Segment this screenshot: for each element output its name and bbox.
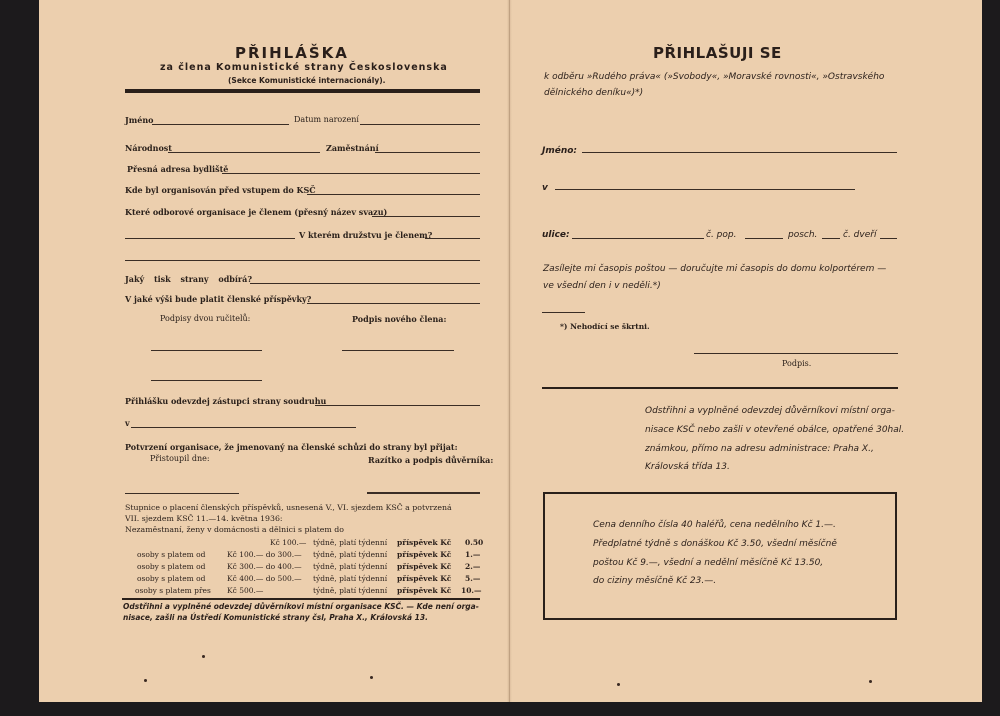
right-jmeno-label: Jméno: [542,146,577,156]
price-box [543,492,897,620]
field-tisk-input[interactable] [250,283,480,284]
field-druzstvo-label: V kterém družstvu je členem? [299,230,432,240]
price-line-3: poštou Kč 9.—, všední a nedělní měsíčně … [593,558,823,568]
podpis-clena-signature[interactable] [342,350,454,351]
right-intro2: dělnického deníku«)*) [544,88,643,98]
left-title: PŘIHLÁŠKA [235,44,349,62]
right-v-label: v [542,183,548,193]
price-line-2: Předplatné týdně s donáškou Kč 3.50, vše… [593,539,837,549]
field-tisk-label: Jaký tisk strany odbírá? [125,274,252,284]
right-podpis-input[interactable] [694,353,898,354]
dues-intro1: Stupnice o placení členských příspěvků, … [125,503,452,512]
right-instructions-1: Odstřihni a vyplněné odevzdej důvěrníkov… [645,406,895,416]
field-narodnost-input[interactable] [168,152,320,153]
dues-intro3: Nezaměstnaní, ženy v domácnosti a dělnic… [125,525,344,534]
field-jmeno-input[interactable] [152,124,289,125]
field-narodnost-label: Národnost [125,143,172,153]
right-v-input[interactable] [555,189,855,190]
pristoupil-input[interactable] [125,493,239,494]
field-datum-input[interactable] [360,124,480,125]
right-posch-label: posch. [788,230,817,240]
right-intro1: k odběru »Rudého práva« (»Svobody«, »Mor… [544,72,884,82]
field-adresa-label: Přesná adresa bydliště [127,164,228,174]
left-subtitle: za člena Komunistické strany Českosloven… [160,62,448,73]
rucitel1-signature[interactable] [151,350,262,351]
punch-hole [370,676,373,679]
field-kde-input[interactable] [307,194,480,195]
field-odborove-cont[interactable] [125,238,295,239]
right-divider [542,387,898,389]
left-subtitle2: (Sekce Komunistické internacionály). [228,76,385,85]
right-cdveri-input[interactable] [880,238,897,239]
header-rule [125,89,480,93]
price-line-4: do ciziny měsíčně Kč 23.—. [593,576,716,586]
dues-intro2: VII. sjezdem KSČ 11.—14. května 1936: [125,514,283,523]
punch-hole [202,655,205,658]
right-footnote: *) Nehodící se škrtni. [560,322,650,331]
footer-rule [122,598,480,600]
right-instructions-2: nisace KSČ nebo zašli v otevřené obálce,… [645,425,904,435]
fold-line [509,0,510,702]
field-vyse-label: V jaké výši bude platit členské příspěvk… [125,294,311,304]
pristoupil-label: Přistoupil dne: [150,454,210,463]
right-ulice-label: ulice: [542,230,570,240]
field-druzstvo-cont[interactable] [125,260,480,261]
right-podpis-label: Podpis. [782,359,811,368]
field-zamestnani-label: Zaměstnání [326,143,379,153]
odevzdej-label: Přihlášku odevzdej zástupci strany soudr… [125,396,326,406]
rucitel2-signature[interactable] [151,380,262,381]
right-cdveri-label: č. dveří [843,230,876,240]
rucitele-label: Podpisy dvou ručitelů: [160,314,250,323]
right-cpop-label: č. pop. [706,230,736,240]
potvrzeni-label: Potvrzení organisace, že jmenovaný na čl… [125,442,458,452]
odevzdej-input[interactable] [315,405,480,406]
field-kde-label: Kde byl organisován před vstupem do KSČ [125,185,316,195]
right-ulice-input[interactable] [572,238,704,239]
price-line-1: Cena denního čísla 40 haléřů, cena neděl… [593,520,836,530]
field-jmeno-label: Jméno [125,115,154,125]
right-cpop-input[interactable] [745,238,783,239]
podpis-clena-label: Podpis nového člena: [352,314,446,324]
punch-hole [869,680,872,683]
v-input[interactable] [131,427,356,428]
footnote-rule [542,312,585,313]
left-footer-line2: nisace, zašli na Ústředí Komunistické st… [123,613,428,622]
field-vyse-input[interactable] [307,303,480,304]
v-label: v [125,418,130,428]
punch-hole [617,683,620,686]
left-footer-line1: Odstřihni a vyplněné odevzdej důvěrníkov… [123,602,479,611]
field-odborove-input[interactable] [372,216,480,217]
right-instructions-4: Královská třída 13. [645,462,730,472]
razitko-input[interactable] [367,492,480,494]
right-title: PŘIHLAŠUJI SE [653,44,782,62]
razitko-label: Razítko a podpis důvěrníka: [368,455,493,465]
field-datum-label: Datum narození [294,115,359,124]
right-posch-input[interactable] [822,238,840,239]
right-jmeno-input[interactable] [582,152,897,153]
field-adresa-input[interactable] [222,173,480,174]
field-odborove-label: Které odborové organisace je členem (pře… [125,207,387,217]
punch-hole [144,679,147,682]
field-zamestnani-input[interactable] [375,152,480,153]
right-zasilejte1[interactable]: Zasílejte mi časopis poštou — doručujte … [543,264,886,274]
right-zasilejte2[interactable]: ve všední den i v neděli.*) [543,281,661,291]
field-druzstvo-input[interactable] [425,238,480,239]
right-instructions-3: známkou, přímo na adresu administrace: P… [645,444,874,454]
